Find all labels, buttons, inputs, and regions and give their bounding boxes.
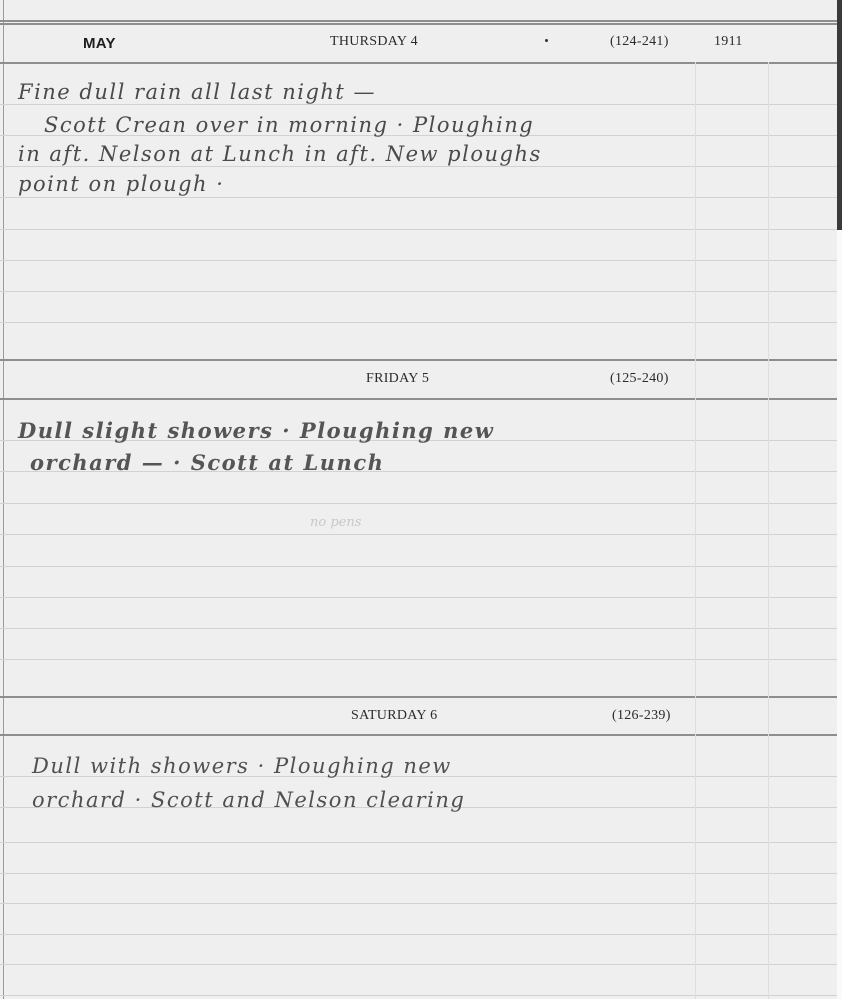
day-heading: FRIDAY 5 (366, 371, 429, 387)
day-count: (126-239) (612, 708, 671, 724)
thursday-header-rule (0, 62, 837, 64)
day-count: (124-241) (610, 34, 669, 50)
day-count: (125-240) (610, 371, 669, 387)
entry-line: in aft. Nelson at Lunch in aft. New plou… (18, 142, 542, 166)
year-label: 1911 (714, 34, 743, 50)
top-rule-2 (0, 23, 837, 25)
entry-line: Dull with showers · Ploughing new (32, 754, 452, 778)
entry-line: Fine dull rain all last night — (18, 80, 376, 104)
page-edge-shadow (837, 0, 842, 230)
entry-line: Dull slight showers · Ploughing new (18, 418, 494, 443)
entry-line: point on plough · (18, 172, 224, 196)
binding-edge (3, 0, 4, 999)
day-heading: THURSDAY 4 (330, 34, 418, 50)
day-heading: SATURDAY 6 (351, 708, 437, 724)
saturday-header-rule (0, 734, 837, 736)
friday-header-rule (0, 398, 837, 400)
bleed-through-text: no pens (310, 515, 361, 530)
entry-line: orchard — · Scott at Lunch (30, 450, 384, 475)
diary-page: MAY THURSDAY 4 (124-241) 1911 Fine dull … (0, 0, 837, 999)
column-rule (695, 62, 696, 999)
top-rule (0, 20, 837, 22)
entry-line: Scott Crean over in morning · Ploughing (44, 113, 534, 137)
friday-top-rule (0, 359, 837, 361)
saturday-top-rule (0, 696, 837, 698)
page-edge (837, 230, 842, 999)
entry-line: orchard · Scott and Nelson clearing (32, 788, 465, 812)
column-rule (768, 62, 769, 999)
ink-dot (545, 39, 548, 42)
month-label: MAY (83, 35, 116, 52)
